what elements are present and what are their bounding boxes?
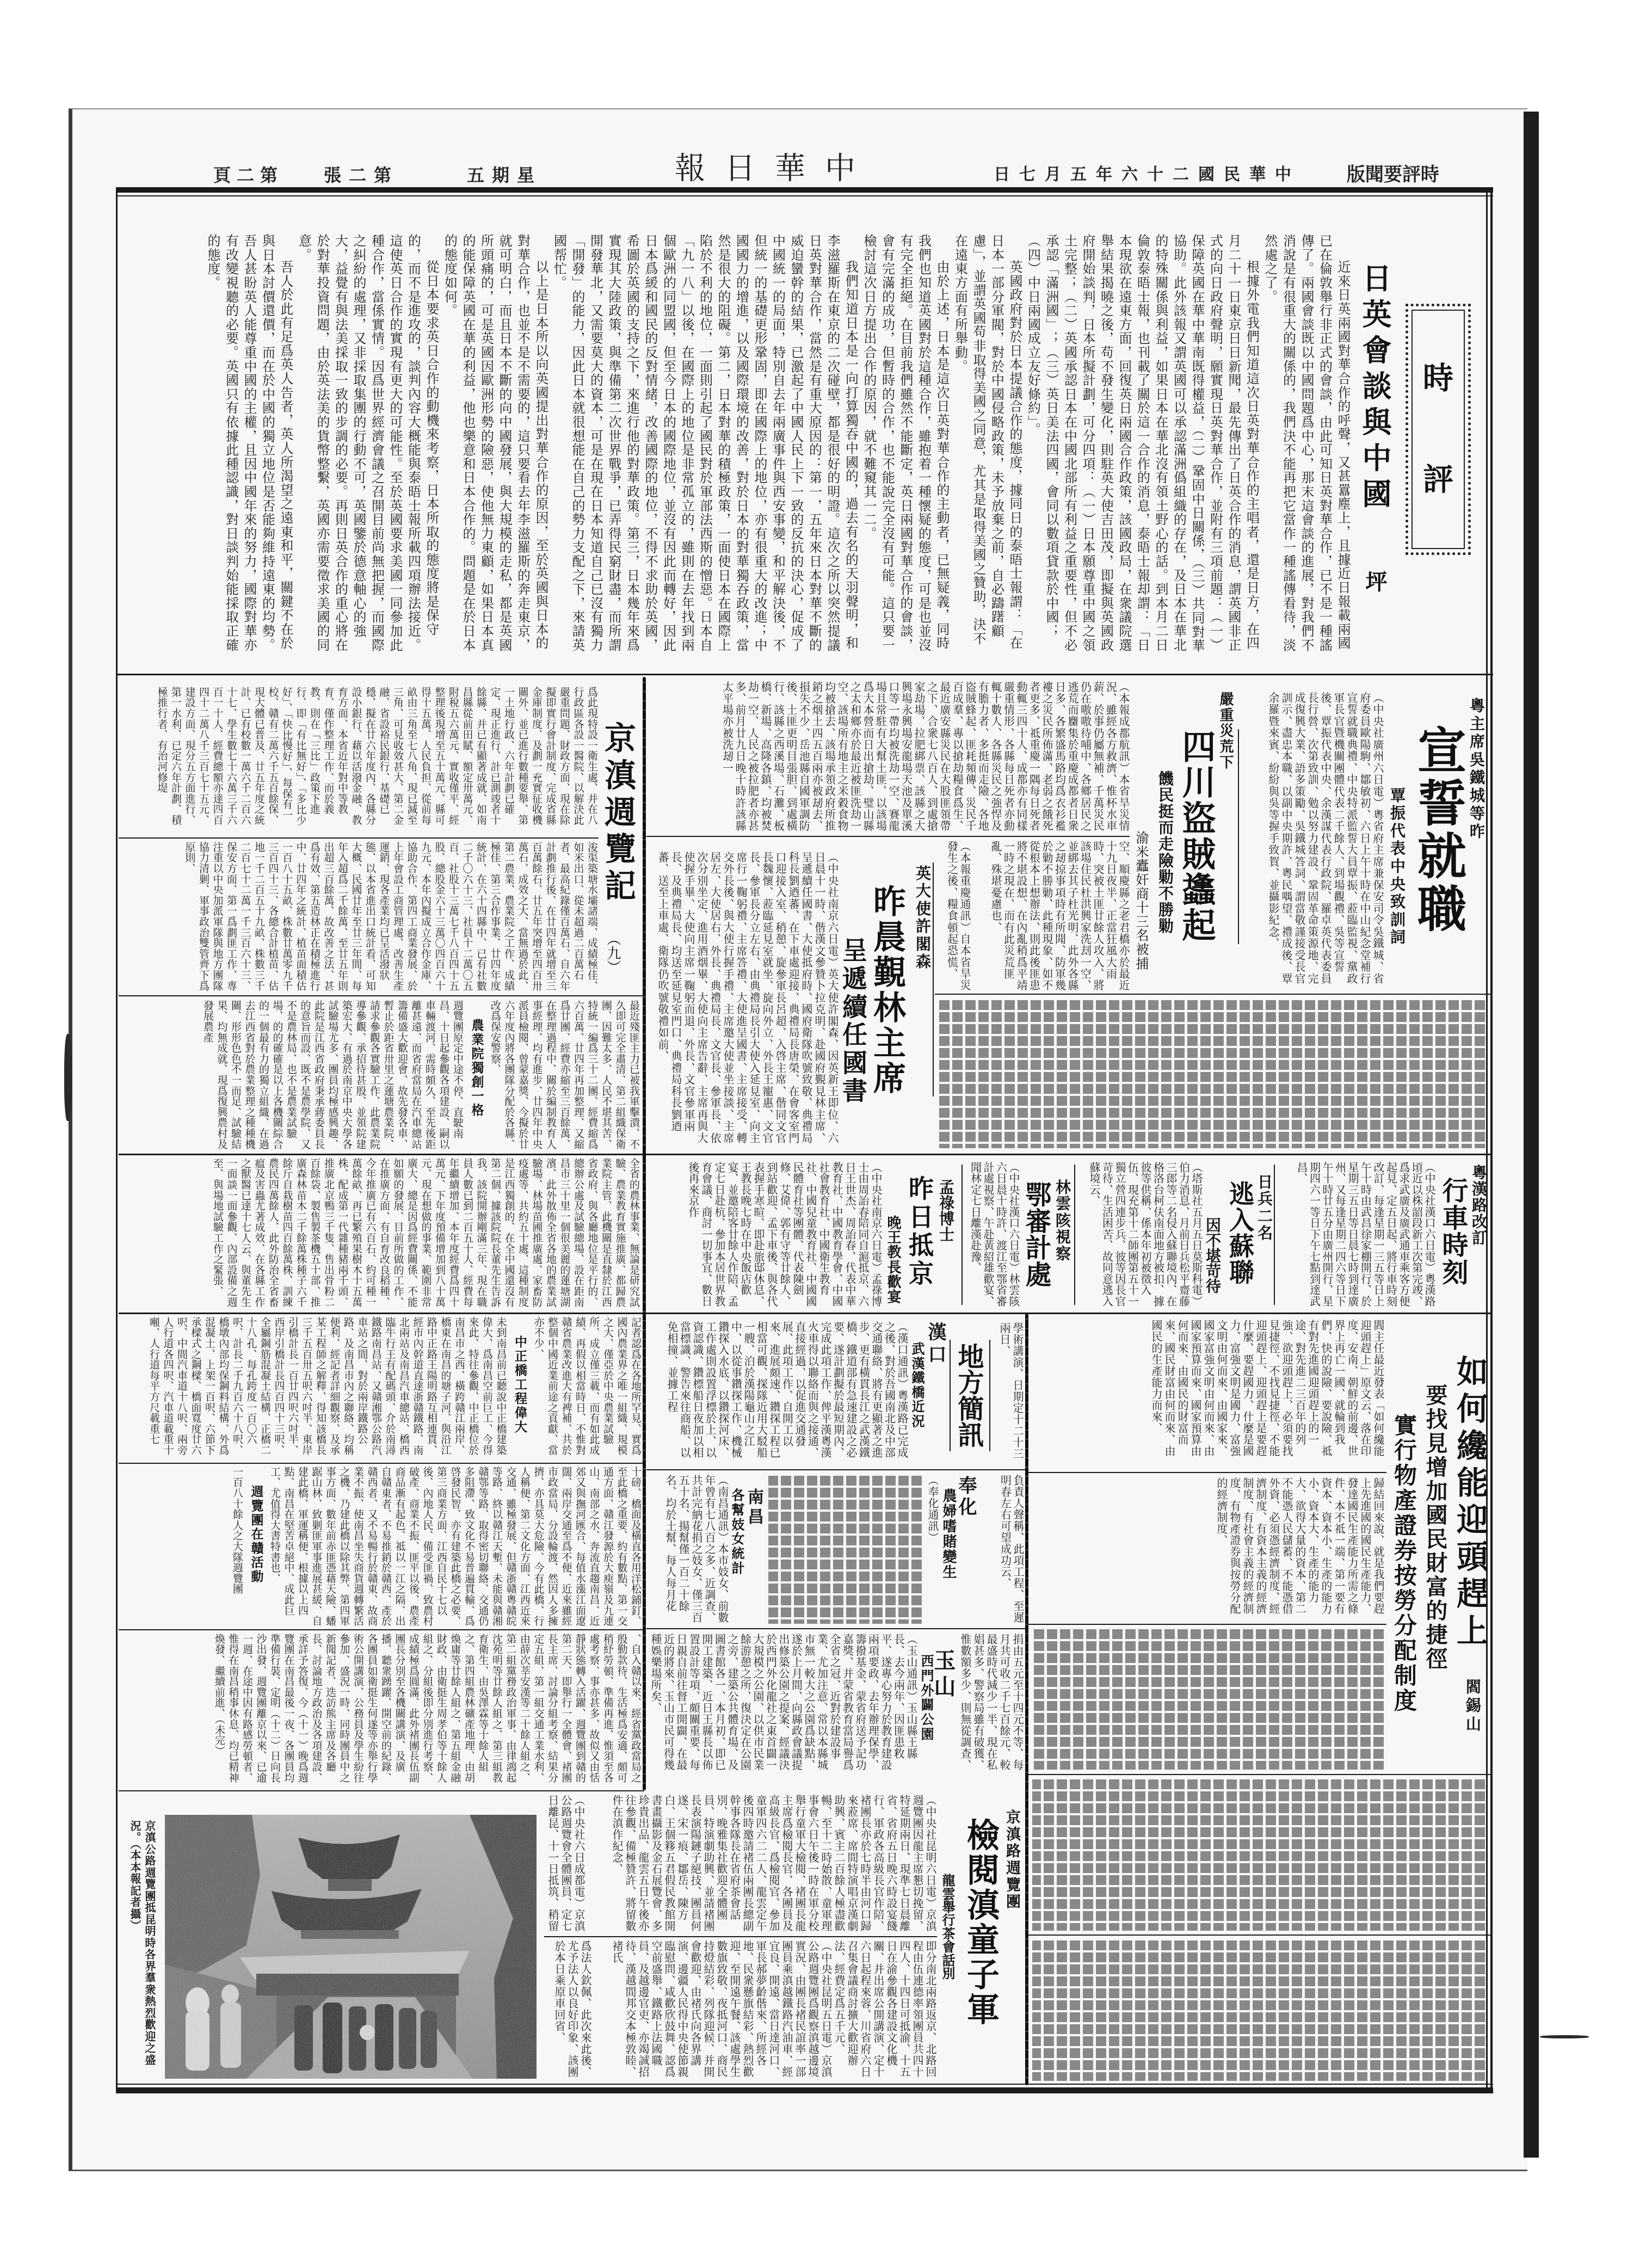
untranscribed-text-block — [768, 1476, 922, 1624]
column-rule — [646, 1469, 1025, 1470]
credentials-subhead: 呈遞續任國書 — [841, 937, 866, 1106]
column-rule — [989, 1340, 990, 1451]
column-rule — [646, 836, 1130, 837]
column-label-box: 時 評 — [1406, 304, 1471, 555]
railway-kicker: 粵漢路改訂 — [1471, 1165, 1486, 1246]
issue-date: 中華民國二十六年五月七日 — [988, 167, 1300, 183]
column-rule — [1074, 1165, 1075, 1305]
editorial-paragraph: 吾人於此有足爲英人告者，英人所渴望之遠東和平，關鍵不在於與日本討價還價，而在於中… — [204, 234, 295, 656]
local-news-body: （南昌通訊）本市妓女、前數年曾有七八百之多、近調查、共計完納花捐之妓女、僅三百五… — [650, 1475, 729, 1625]
column-rule — [119, 837, 599, 839]
travelogue-body: 、自入贛以來、經省黨政當局之殷勤款待、生活極爲安適、頗可稍紓勞頓、準備再進、惟須… — [121, 1634, 642, 1788]
scan-edge-mark — [1540, 2035, 1589, 2038]
untranscribed-text-block — [938, 1000, 1485, 1148]
travelogue-body: 最近殘匪主力已被我軍擊潰、不久即可完全肅清、第二組織保衛團、因難太多、人民不堪其… — [121, 1000, 640, 1151]
column-rule — [1238, 729, 1239, 944]
chongqing-dispatch: （本報重慶通訊）自本省旱災發生之後、糧食頓起恐慌、 — [935, 841, 971, 992]
frame-right-outer — [1490, 187, 1493, 2093]
travelogue-text: 一百八十餘人之大隊週覽團 — [230, 1467, 244, 1627]
sheet-number: 第二張 — [324, 167, 399, 184]
travelogue-subhead: 中正橋工程偉大 — [513, 1317, 527, 1459]
sichuan-subhead: 饑民挺而走險勦不勝勦 — [1157, 771, 1173, 935]
monroe-subhead: 晚王教長歡宴 — [886, 1215, 900, 1304]
editorial-paragraph: 英國政府對於日本提議合作的態度，據同日的泰晤士報謂：「在日本一部分軍閥，對於中國… — [951, 234, 1024, 656]
column-rule — [933, 862, 934, 1096]
catchup-body: 歸結回來說、就是我們要趕上先進國的國民生產能力、發達國民生產能力所需之條件、本不… — [1031, 1477, 1385, 1620]
scouts-body-tail: 爲法人欽佩、此次來此後、尤予法人以良好印象、該團於本日乘原車回省、 — [545, 1940, 592, 2083]
credentials-body: （中央社南京六日電）英大使許閣森、因英新王即位、六日晨十一時、偕漢文參贊卜拉克明… — [649, 852, 839, 1148]
scouts-body-continued: 即分南北兩路返京、北路回程由伍連德率領團員共四十四人、十四日可抵渝、十五日在渝參… — [593, 1940, 937, 2083]
page-number: 第二頁 — [214, 167, 283, 184]
credentials-kicker: 英大使許閣森 — [915, 865, 930, 971]
railway-body: （中央社漢口六日電）粵漢路頃近以株韶段新工次第完竣、爲求武廣及廣武通車乘客方便起… — [1279, 1162, 1435, 1309]
credentials-headline: 昨晨覲林主席 — [871, 884, 903, 1096]
sichuan-headline: 四川盜賊蠭起 — [1179, 729, 1213, 944]
local-news-place: 漢口 — [926, 1322, 945, 1367]
column-rule — [119, 995, 643, 996]
column-rule — [961, 1165, 963, 1305]
local-news-headline: 武漢鐵橋近況 — [910, 1342, 923, 1428]
audit-kicker: 林雲陔視察 — [1055, 1179, 1070, 1262]
local-news-place: 玉山 — [932, 1649, 954, 1701]
editorial-paragraph: 以上是日本所以向英國提出對華合作的原因，至於英國與日本的對華合作，也並不是不需要… — [440, 234, 550, 656]
travelogue-body: 爲此現特設一衛生處、并在八行政區各設一醫院、以解決此嚴重問題、財政方面、現在除擬… — [121, 687, 599, 835]
travelogue-text: 記者認爲在各地所罕見、實爲國內農業界之唯一組織、規模之大、僅亞於中央農業試驗所、… — [531, 1317, 642, 1459]
travelogue-text: 週覽團原定中途不停、直駛南昌、十日起參觀各項建設、嗣以車輛渡河、需時頗久、至先後… — [201, 1000, 465, 1151]
oath-subhead: 覃振代表中央致訓詞 — [1389, 787, 1404, 947]
column-rule — [1274, 1165, 1275, 1305]
oath-body: （中央社廣州六日電）粵省府主席兼保安司令吳鐵城、省府委員歐陽駒、鄒敏初、六日上午… — [1242, 692, 1384, 993]
local-news-place: 奉化 — [957, 1476, 975, 1518]
scouts-subhead: 龍雲舉行茶會話別 — [941, 1874, 954, 1980]
monroe-body: （中央社南京六日電）孟祿博士由周詒春陪同自滬抵京、六日王世杰、周詒春、代表中華教… — [649, 1162, 883, 1309]
railway-headline: 行車時刻 — [1440, 1177, 1466, 1286]
local-news-body: （漢口通訊）粵漢路已完成之後、對於吾國南北及中部交通聯絡、將有更顯著之進步、更有… — [650, 1321, 908, 1465]
sichuan-kicker: 嚴重災荒下 — [1218, 692, 1232, 771]
local-news-headline: 西門外闢公園 — [920, 1654, 933, 1741]
travelogue-body: 全省的農林事業、無論是研究試驗、農業教育實施推廣、都歸農業院主管、此機關是直隸於… — [121, 1158, 640, 1311]
frame-right-inner — [1486, 187, 1488, 2093]
catchup-subhead: 要找見增加國民財富的捷徑 — [1424, 1384, 1446, 1671]
local-news-body: （奉化通訊） — [924, 1475, 939, 1625]
scouts-body: （中央社昆明六日電）京滇週覽團因龍主席懇切挽留、特延期兩日、現準七日晨離省、省府… — [587, 1795, 937, 1934]
section-rule — [119, 1313, 1491, 1314]
soldiers-headline: 逃入蘇聯 — [1228, 1181, 1253, 1285]
photo-image — [165, 1815, 537, 2079]
sichuan-subhead: 渝米蠹奸商十三名被捕 — [1135, 831, 1148, 970]
section-label: 時評要聞版 — [1344, 165, 1439, 184]
oath-kicker: 粵主席吳鐵城等昨 — [1469, 698, 1484, 841]
audit-headline: 鄂審計處 — [1023, 1181, 1049, 1287]
frame-left — [116, 187, 118, 2093]
dispatch-text: 即分南北兩路返京、北路回程由伍連德率領團員共四十四人、十四日可抵渝、十五日在渝參… — [833, 1940, 937, 2083]
catchup-body: 閻主任最近發表「如何纔能迎頭趕上」原文云、落在印度、安南、朝鮮的前邊、世界上再亡… — [1031, 1320, 1385, 1468]
section-rule — [119, 1154, 1491, 1155]
editorial-title: 日英會談與中國 — [1360, 263, 1389, 514]
column-rule — [646, 1628, 1025, 1629]
untranscribed-text-block — [1032, 1940, 1485, 2081]
local-news-body-tail: 負責人聲稱、此項工程、至遲明春左右可望成功云、 — [978, 1475, 1024, 1625]
editorial-paragraph: 近來日英兩國對華合作的呼聲，又甚囂塵上，且據近日報載兩國已在倫敦舉行非正式的會談… — [1261, 234, 1352, 656]
editorial-paragraph: 從日本要求英日合作的動機來考察，日本所取的態度將是保守的，而不是進攻的，談判內容… — [294, 234, 440, 656]
soldiers-kicker: 日兵二名 — [1256, 1174, 1272, 1242]
scouts-kicker: 京滇路週覽團 — [1004, 1809, 1019, 1911]
column-rule — [1028, 1774, 1491, 1775]
column-rule — [119, 1790, 644, 1791]
dispatch-text: （中央社昆明五日電）京滇公路週覽團爲觀察滇越邊境實況、由團長褚民誼率一部團員乘滇… — [611, 1940, 833, 2083]
local-news-place: 南昌 — [745, 1488, 762, 1527]
column-rule — [935, 994, 1491, 995]
soldiers-body: （塔斯社五月五日莫斯科電）伯力消息、月前日兵松平齋藤三郎等二名侵入蘇聯境內、在格… — [1077, 1162, 1203, 1309]
local-news-headline: 各幫妓女統計 — [730, 1488, 743, 1575]
travelogue-installment: （九） — [606, 932, 620, 974]
masthead-rule-thick — [117, 187, 1493, 193]
ornamental-divider — [1025, 1314, 1028, 2085]
section-rule — [117, 674, 1493, 675]
masthead-rule-thin — [117, 195, 1493, 196]
sichuan-body: （本報成都航訊）本省旱災情況、雖經各方救濟、惟杯水車薪、於事仍屬無補、千萬災民仍… — [650, 681, 1130, 833]
column-label-char: 評 — [1423, 465, 1453, 495]
frame-bottom-thin — [117, 2084, 1493, 2085]
catchup-headline: 如何纔能迎頭趕上 — [1454, 1355, 1485, 1651]
monroe-kicker: 孟祿博士 — [938, 1179, 953, 1242]
travelogue-body: 十磅、橋面及橫直各用洋松鋪釘、至此橋之重要、約有數點、第一交通方面、贛江發源於大… — [121, 1467, 642, 1627]
travelogue-body: 浚渠築塘水壩諸端、成績極佳、如米出口、從未超過二百萬石者、最高紀錄僅百萬石、自六… — [121, 842, 599, 992]
local-news-body: （玉山通訊）玉山縣王縣長、去今兩年、因匪患敉平、遂專心努力於教育建設兩項要政、去… — [649, 1634, 917, 1781]
ornamental-divider — [643, 677, 646, 1790]
masthead-title: 中華日報 — [673, 153, 875, 184]
untranscribed-text-block — [1032, 1779, 1485, 1931]
chengdu-dispatch: （中央社六日成都電）京滇公路週覽會全體團員、定七日離昆、十一日抵筑、稍留 — [545, 1795, 585, 1934]
editorial-body: 近來日英兩國對華合作的呼聲，又甚囂塵上，且據近日報載兩國已在倫敦舉行非正式的會談… — [121, 234, 1352, 656]
column-rule — [119, 1629, 643, 1630]
column-rule — [1028, 1935, 1491, 1936]
column-rule — [119, 1463, 643, 1464]
column-rule — [950, 1340, 951, 1451]
travelogue-subhead: 農業院獨創一格 — [469, 1000, 483, 1151]
monroe-headline: 昨日抵京 — [907, 1175, 932, 1288]
local-news-body-tail: 捐由五元至十四元不等、每月共可收二千七百餘元、較最盛時代減少一半、現在私娼甚多、… — [958, 1634, 1024, 1774]
column-rule — [1028, 1624, 1386, 1625]
travelogue-text: 未到南昌前已聽說中正橋建築偉大、爲南昌空前巨工、今得來此、特往參觀、中正橋位於南… — [147, 1317, 508, 1459]
local-news-headline: 農婦嗜賭變生 — [941, 1488, 956, 1580]
catchup-author: 閻錫山 — [1465, 1679, 1480, 1734]
column-rule — [1028, 1472, 1386, 1473]
editorial-paragraph: 根據外電我們知道這次日英對華合作的主唱者，還是日方，在四月二十一日東京日日新聞，… — [1024, 234, 1261, 656]
audit-body: （中央社漢口六日電）林雲陔六日晨十時許、渡江至鄂省審計處視察、午赴黃紹雄歡宴、聞… — [966, 1162, 1020, 1309]
travelogue-body: 記者認爲在各地所罕見、實爲國內農業界之唯一組織、規模之大、僅亞於中央農業試驗所、… — [121, 1317, 642, 1459]
scouts-headline: 檢閱滇童子軍 — [964, 1818, 997, 2027]
scan-edge-mark — [64, 1034, 72, 1121]
oath-headline: 宣誓就職 — [1413, 725, 1462, 936]
travelogue-text: 最近殘匪主力已被我軍擊潰、不久即可完全肅清、第二組織保衛團、因難太多、人民不堪其… — [488, 1000, 641, 1151]
editorial-paragraph: 我們知道日本是一向打算獨吞中國的，過去有名的天羽聲明，和李滋羅斯在東京的二次碰壁… — [550, 234, 860, 656]
news-photo — [165, 1815, 537, 2079]
editorial-author: 坪 — [1364, 570, 1385, 592]
travelogue-text: 十磅、橋面及橫直各用洋松鋪釘、至此橋之重要、約有數點、第一交通方面、贛江發源於大… — [268, 1467, 643, 1627]
travelogue-subhead: 週覽團在贛活動 — [249, 1467, 263, 1627]
frame-bottom-thick — [117, 2087, 1493, 2093]
local-news-title: 地方簡訊 — [956, 1343, 982, 1447]
weekday-label: 星期五 — [467, 167, 542, 184]
catchup-subhead: 實行物產證券按勞分配制度 — [1392, 1413, 1415, 1714]
photo-caption: 京滇公路週覽團抵昆明時各界羣衆熱烈歡迎之盛況。（本本報記者攝） — [126, 1820, 157, 2071]
page-edge-shadow — [1524, 112, 1539, 2158]
editorial-paragraph: 由於上述，日本是這次日英對華合作的主動者，已無疑義，同時我們也知道英國對於這種合… — [860, 234, 951, 656]
column-rule — [544, 1936, 937, 1937]
soldiers-subhead: 因不堪苛待 — [1205, 1217, 1220, 1293]
sichuan-body-continued: 空、順慶縣之老君橋亦於最近十九日夜半、正當狂風大雨時、突被土匪廿餘人攻入、將該場… — [972, 841, 1130, 992]
column-label-char: 時 — [1423, 364, 1453, 394]
untranscribed-text-block — [1032, 1629, 1384, 1770]
travelogue-headline: 京滇週覽記 — [602, 722, 633, 906]
monroe-body-tail: 學術講演、日期定十二十三兩日、 — [994, 1322, 1024, 1465]
